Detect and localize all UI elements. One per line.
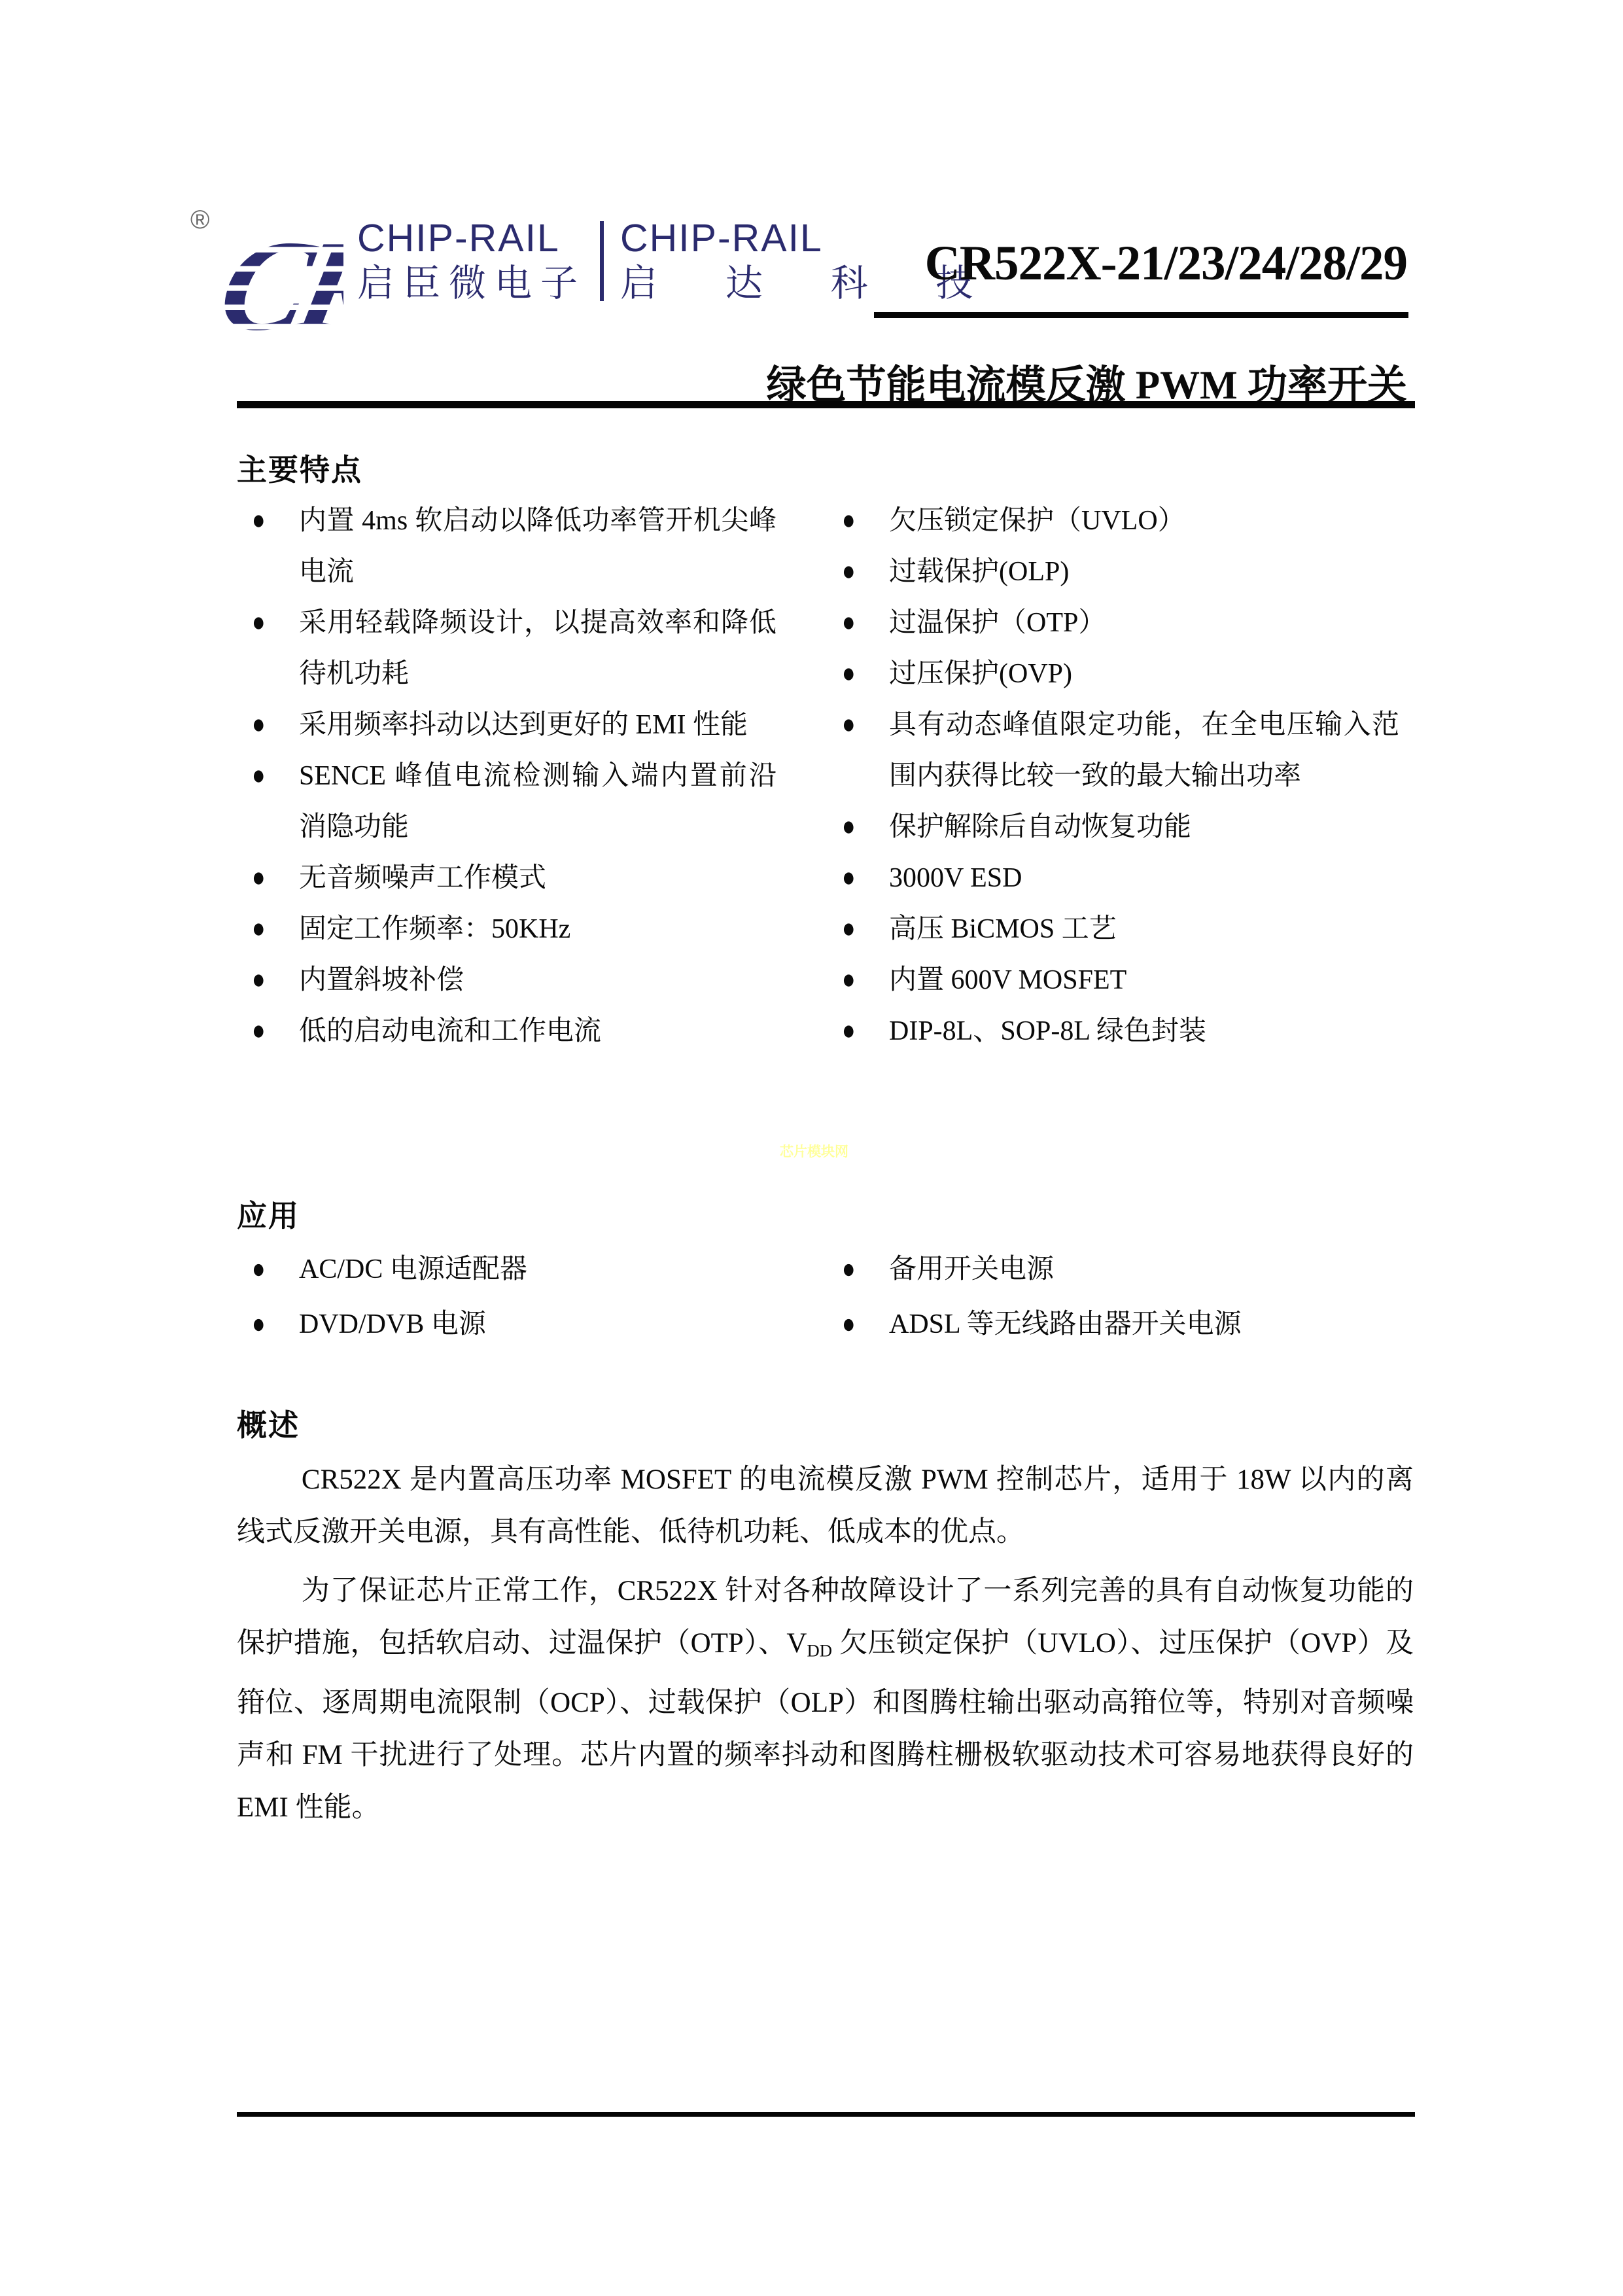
- bullet-text: 低的启动电流和工作电流: [299, 1006, 777, 1057]
- bullet-item: ●过温保护（OTP）: [842, 597, 1399, 648]
- bullet-item: ●低的启动电流和工作电流: [252, 1006, 777, 1057]
- bullet-text: 过载保护(OLP): [889, 546, 1399, 597]
- bullet-text: 采用轻载降频设计，以提高效率和降低待机功耗: [299, 597, 777, 699]
- bullet-item: ●ADSL 等无线路由器开关电源: [842, 1297, 1399, 1352]
- bullet-text: 3000V ESD: [889, 853, 1399, 904]
- bullet-item: ●采用频率抖动以达到更好的 EMI 性能: [252, 699, 777, 751]
- bullet-icon: ●: [252, 1290, 299, 1359]
- footer-rule: [237, 2112, 1415, 2117]
- bullet-text: DVD/DVB 电源: [299, 1297, 777, 1352]
- bullet-item: ●欠压锁定保护（UVLO）: [842, 495, 1399, 546]
- datasheet-page: ® CR CHIP-RAIL 启臣微电子 CHIP-RAIL 启 达 科 技 C…: [0, 0, 1623, 2296]
- brand1-chinese: 启臣微电子: [357, 263, 586, 304]
- bullet-text: 过压保护(OVP): [889, 648, 1399, 699]
- overview-paragraph-1: CR522X 是内置高压功率 MOSFET 的电流模反激 PWM 控制芯片，适用…: [237, 1454, 1414, 1559]
- bullet-item: ●3000V ESD: [842, 853, 1399, 904]
- cr-monogram-text: CR: [208, 215, 343, 349]
- bullet-text: SENCE 峰值电流检测输入端内置前沿消隐功能: [299, 751, 777, 853]
- bullet-item: ●内置 4ms 软启动以降低功率管开机尖峰电流: [252, 495, 777, 597]
- bullet-item: ●AC/DC 电源适配器: [252, 1242, 777, 1297]
- bullet-item: ●采用轻载降频设计，以提高效率和降低待机功耗: [252, 597, 777, 699]
- bullet-text: 备用开关电源: [889, 1242, 1399, 1297]
- bullet-item: ●过压保护(OVP): [842, 648, 1399, 699]
- bullet-item: ●保护解除后自动恢复功能: [842, 802, 1399, 853]
- bullet-icon: ●: [252, 591, 299, 655]
- features-left-list: ●内置 4ms 软启动以降低功率管开机尖峰电流●采用轻载降频设计，以提高效率和降…: [252, 495, 777, 1057]
- bullet-item: ●内置斜坡补偿: [252, 955, 777, 1006]
- bullet-text: ADSL 等无线路由器开关电源: [889, 1297, 1399, 1352]
- bullet-text: 内置 600V MOSFET: [889, 955, 1399, 1006]
- bullet-item: ●过载保护(OLP): [842, 546, 1399, 597]
- bullet-text: 固定工作频率：50KHz: [299, 904, 777, 955]
- cr-monogram-icon: CR: [205, 214, 343, 349]
- chip-rail-logo: CR: [205, 214, 343, 352]
- bullet-icon: ●: [252, 999, 299, 1063]
- bullet-icon: ●: [842, 693, 889, 757]
- logo-divider: [600, 221, 604, 301]
- bullet-item: ●无音频噪声工作模式: [252, 853, 777, 904]
- features-heading: 主要特点: [237, 446, 362, 489]
- bullet-icon: ●: [252, 489, 299, 553]
- bullet-item: ●高压 BiCMOS 工艺: [842, 904, 1399, 955]
- bullet-item: ●SENCE 峰值电流检测输入端内置前沿消隐功能: [252, 751, 777, 853]
- bullet-text: 采用频率抖动以达到更好的 EMI 性能: [299, 699, 777, 751]
- bullet-icon: ●: [842, 1290, 889, 1359]
- bullet-text: 过温保护（OTP）: [889, 597, 1399, 648]
- bullet-text: 无音频噪声工作模式: [299, 853, 777, 904]
- bullet-item: ●具有动态峰值限定功能，在全电压输入范围内获得比较一致的最大输出功率: [842, 699, 1399, 802]
- overview-body: CR522X 是内置高压功率 MOSFET 的电流模反激 PWM 控制芯片，适用…: [237, 1454, 1414, 1834]
- bullet-text: AC/DC 电源适配器: [299, 1242, 777, 1297]
- bullet-item: ●DIP-8L、SOP-8L 绿色封装: [842, 1006, 1399, 1057]
- bullet-item: ●内置 600V MOSFET: [842, 955, 1399, 1006]
- overview-heading: 概述: [237, 1402, 300, 1445]
- subtitle-underline: [237, 401, 1415, 408]
- applications-right-list: ●备用开关电源●ADSL 等无线路由器开关电源: [842, 1242, 1399, 1352]
- bullet-item: ●固定工作频率：50KHz: [252, 904, 777, 955]
- brand-block-chiprail-1: CHIP-RAIL 启臣微电子: [357, 218, 586, 304]
- bullet-item: ●备用开关电源: [842, 1242, 1399, 1297]
- bullet-text: 具有动态峰值限定功能，在全电压输入范围内获得比较一致的最大输出功率: [889, 699, 1399, 802]
- title-underline: [874, 312, 1408, 318]
- bullet-text: 保护解除后自动恢复功能: [889, 802, 1399, 853]
- bullet-text: DIP-8L、SOP-8L 绿色封装: [889, 1006, 1399, 1057]
- bullet-icon: ●: [252, 744, 299, 808]
- vdd-subscript: DD: [807, 1641, 832, 1661]
- features-right-list: ●欠压锁定保护（UVLO）●过载保护(OLP)●过温保护（OTP）●过压保护(O…: [842, 495, 1399, 1057]
- applications-left-list: ●AC/DC 电源适配器●DVD/DVB 电源: [252, 1242, 777, 1352]
- brand1-english: CHIP-RAIL: [357, 218, 586, 258]
- bullet-item: ●DVD/DVB 电源: [252, 1297, 777, 1352]
- overview-paragraph-2: 为了保证芯片正常工作，CR522X 针对各种故障设计了一系列完善的具有自动恢复功…: [237, 1565, 1414, 1834]
- bullet-text: 内置斜坡补偿: [299, 955, 777, 1006]
- bullet-icon: ●: [842, 999, 889, 1063]
- site-watermark: 芯片模块网: [780, 1141, 848, 1161]
- bullet-text: 高压 BiCMOS 工艺: [889, 904, 1399, 955]
- bullet-text: 欠压锁定保护（UVLO）: [889, 495, 1399, 546]
- part-number-title: CR522X-21/23/24/28/29: [925, 236, 1407, 292]
- bullet-text: 内置 4ms 软启动以降低功率管开机尖峰电流: [299, 495, 777, 597]
- applications-heading: 应用: [237, 1192, 300, 1235]
